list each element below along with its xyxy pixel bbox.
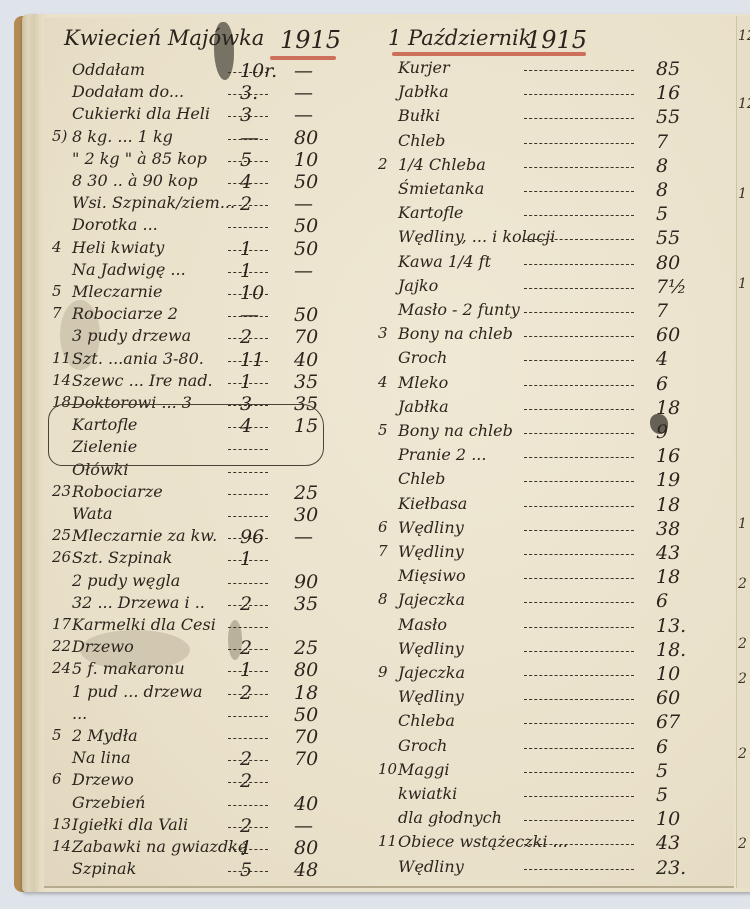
entry-kopecks: — [294, 82, 313, 104]
entry-item: Cukierki dla Heli [72, 104, 210, 123]
entry-rubles: 1 [240, 548, 252, 570]
entry-kopecks: 80 [294, 659, 318, 681]
entry-day: 4 [378, 373, 398, 391]
ledger-entry: Kartofle5 [384, 203, 724, 227]
entry-kopecks: 80 [294, 127, 318, 149]
entry-amount: 10 [656, 808, 680, 830]
leader-dashes [524, 336, 634, 337]
ledger-entry: 7Robociarze 2—50 [58, 304, 388, 328]
leader-dashes [228, 716, 268, 717]
entry-item: Groch [398, 348, 447, 367]
entry-day: 5 [378, 421, 398, 439]
entry-item: 32 ... Drzewa i .. [72, 593, 205, 612]
entry-item: Drzewo [72, 770, 134, 789]
left-heading: Kwiecień Majówka 1915 [58, 22, 388, 56]
ledger-entry: Groch4 [384, 348, 724, 372]
entry-amount: 7 [656, 131, 668, 153]
entry-amount: 13. [656, 615, 686, 637]
leader-dashes [524, 215, 634, 216]
entry-rubles: 5 [240, 149, 252, 171]
entry-item: Na Jadwigę ... [72, 260, 186, 279]
ledger-entry: Na Jadwigę ...1— [58, 260, 388, 284]
entry-kopecks: 80 [294, 837, 318, 859]
leader-dashes [524, 506, 634, 507]
entry-item: Dodałam do... [72, 82, 184, 101]
entry-item: Karmelki dla Cesi [72, 615, 216, 634]
entry-item: Drzewo [72, 637, 134, 656]
ledger-entry: Kiełbasa18 [384, 494, 724, 518]
ledger-entry: 3Bony na chleb60 [384, 324, 724, 348]
entry-rubles: 11 [240, 349, 264, 371]
entry-day: 10 [378, 760, 398, 778]
leader-dashes [524, 143, 634, 144]
ledger-entry: 13Igiełki dla Vali2— [58, 815, 388, 839]
ledger-entry: Śmietanka8 [384, 179, 724, 203]
entry-rubles: 1 [240, 238, 252, 260]
entry-item: ... [72, 704, 87, 723]
leader-dashes [524, 433, 634, 434]
entry-item: Na lina [72, 748, 131, 767]
entry-amount: 8 [656, 155, 668, 177]
next-page-number: 1 [738, 516, 747, 532]
entry-item: Masło [398, 615, 447, 634]
entry-amount: 18 [656, 566, 680, 588]
next-page-number: 12 [738, 96, 750, 112]
entry-item: Mleko [398, 373, 448, 392]
entry-amount: 16 [656, 82, 680, 104]
ledger-entry: dla głodnych10 [384, 808, 724, 832]
leader-dashes [524, 264, 634, 265]
entry-kopecks: 25 [294, 482, 318, 504]
leader-dashes [524, 530, 634, 531]
entry-item: Chleb [398, 131, 445, 150]
ledger-entry: 8 30 .. à 90 kop450 [58, 171, 388, 195]
entry-item: Chleba [398, 711, 455, 730]
entry-item: Szt. ...ania 3-80. [72, 349, 204, 368]
ledger-entry: 17Karmelki dla Cesi [58, 615, 388, 639]
entry-kopecks: 48 [294, 859, 318, 881]
entry-amount: 23. [656, 857, 686, 879]
entry-kopecks: — [294, 260, 313, 282]
ledger-entry: Jajko7½ [384, 276, 724, 300]
leader-dashes [524, 820, 634, 821]
entry-kopecks: 35 [294, 371, 318, 393]
entry-rubles: 1 [240, 260, 252, 282]
leader-dashes [524, 481, 634, 482]
entry-day: 9 [378, 663, 398, 681]
leader-dashes [524, 554, 634, 555]
entry-rubles: 2 [240, 193, 252, 215]
entry-item: Bułki [398, 106, 440, 125]
next-page-number: 12 [738, 28, 750, 44]
entry-kopecks: — [294, 193, 313, 215]
entry-item: Jajko [398, 276, 438, 295]
entry-day: 14 [52, 837, 72, 855]
entry-day: 5 [52, 282, 72, 300]
entry-day: 13 [52, 815, 72, 833]
entry-kopecks: 70 [294, 726, 318, 748]
ledger-entry: 4Mleko6 [384, 373, 724, 397]
entry-item: 1 pud ... drzewa [72, 682, 203, 701]
leader-dashes [524, 748, 634, 749]
entry-amount: 55 [656, 227, 680, 249]
entry-amount: 7 [656, 300, 668, 322]
entry-item: Śmietanka [398, 179, 484, 198]
next-page-edge: 12 12 1 1 1 2 2 2 2 2 [736, 16, 750, 888]
entry-item: Wata [72, 504, 113, 523]
entry-rubles: 1 [240, 837, 252, 859]
entry-amount: 9 [656, 421, 668, 443]
entry-rubles: 1 [240, 371, 252, 393]
leader-dashes [524, 869, 634, 870]
entry-item: Masło - 2 funty [398, 300, 520, 319]
entry-amount: 60 [656, 687, 680, 709]
entry-kopecks: — [294, 815, 313, 837]
leader-dashes [524, 457, 634, 458]
ledger-entry: 14Szewc ... Ire nad.135 [58, 371, 388, 395]
entry-item: Mięsiwo [398, 566, 466, 585]
left-heading-year: 1915 [280, 26, 341, 54]
leader-dashes [524, 239, 634, 240]
right-heading: 1 Październik 1915 [384, 22, 724, 56]
ledger-entry: Wata30 [58, 504, 388, 528]
entry-rubles: 96 [240, 526, 264, 548]
ledger-entry: 52 Mydła70 [58, 726, 388, 750]
entry-rubles: 2 [240, 637, 252, 659]
leader-dashes [524, 602, 634, 603]
entry-item: dla głodnych [398, 808, 502, 827]
ledger-entry: Chleba67 [384, 711, 724, 735]
entry-item: kwiatki [398, 784, 457, 803]
ledger-entry: Pranie 2 ...16 [384, 445, 724, 469]
entry-amount: 18 [656, 397, 680, 419]
entry-day: 25 [52, 526, 72, 544]
entry-item: Oddałam [72, 60, 145, 79]
entry-item: Robociarze 2 [72, 304, 178, 323]
leader-dashes [524, 844, 634, 845]
entry-item: Grzebień [72, 793, 145, 812]
entry-day: 6 [378, 518, 398, 536]
entry-kopecks: 35 [294, 593, 318, 615]
leader-dashes [228, 805, 268, 806]
entry-day: 26 [52, 548, 72, 566]
entry-amount: 43 [656, 832, 680, 854]
entry-item: 2 Mydła [72, 726, 138, 745]
entry-kopecks: 40 [294, 349, 318, 371]
entry-kopecks: 70 [294, 748, 318, 770]
ledger-entry: Dorotka ...50 [58, 215, 388, 239]
entry-item: Szewc ... Ire nad. [72, 371, 213, 390]
ledger-entry: Jabłka18 [384, 397, 724, 421]
entry-rubles: 2 [240, 748, 252, 770]
entry-day: 23 [52, 482, 72, 500]
ledger-entry: Bułki55 [384, 106, 724, 130]
leader-dashes [524, 191, 634, 192]
entry-day: 11 [378, 832, 398, 850]
entry-amount: 18 [656, 494, 680, 516]
entry-rubles: 4 [240, 171, 252, 193]
entry-rubles: 5 [240, 859, 252, 881]
entry-item: Pranie 2 ... [398, 445, 486, 464]
ledger-entry: Masło - 2 funty7 [384, 300, 724, 324]
ledger-entry: Wędliny18. [384, 639, 724, 663]
ledger-entry: " 2 kg " à 85 kop510 [58, 149, 388, 173]
entry-item: Zabawki na gwiazdkę [72, 837, 247, 856]
entry-item: Wędliny [398, 857, 464, 876]
entry-amount: 80 [656, 252, 680, 274]
bracketed-entries-box [48, 404, 324, 466]
entry-rubles: 10r. [240, 60, 277, 82]
entry-item: Kawa 1/4 ft [398, 252, 491, 271]
right-ledger-column: 1 Październik 1915 Kurjer85Jabłka16Bułki… [384, 22, 724, 56]
entry-item: Jajeczka [398, 663, 465, 682]
entry-kopecks: 50 [294, 171, 318, 193]
entry-rubles: 2 [240, 326, 252, 348]
entry-item: Szt. Szpinak [72, 548, 172, 567]
leader-dashes [524, 772, 634, 773]
ledger-entry: ...50 [58, 704, 388, 728]
leader-dashes [524, 94, 634, 95]
entry-item: 8 kg. ... 1 kg [72, 127, 173, 146]
ledger-entry: Wsi. Szpinak/ziem...2— [58, 193, 388, 217]
ledger-entry: Kurjer85 [384, 58, 724, 82]
leader-dashes [228, 227, 268, 228]
entry-item: Maggi [398, 760, 450, 779]
entry-day: 4 [52, 238, 72, 256]
entry-item: 8 30 .. à 90 kop [72, 171, 198, 190]
entry-kopecks: 18 [294, 682, 318, 704]
entry-amount: 8 [656, 179, 668, 201]
ledger-entry: kwiatki5 [384, 784, 724, 808]
leader-dashes [524, 70, 634, 71]
entry-kopecks: 50 [294, 215, 318, 237]
entry-day: 7 [378, 542, 398, 560]
leader-dashes [524, 385, 634, 386]
entry-amount: 60 [656, 324, 680, 346]
leader-dashes [524, 723, 634, 724]
entry-rubles: 3 [240, 104, 252, 126]
ledger-entry: 8Jajeczka6 [384, 590, 724, 614]
entry-amount: 55 [656, 106, 680, 128]
ledger-entry: 11Obiece wstążeczki ...43 [384, 832, 724, 856]
entry-day: 11 [52, 349, 72, 367]
entry-item: Bony na chleb [398, 324, 513, 343]
left-heading-month: Kwiecień Majówka [64, 26, 264, 50]
leader-dashes [524, 796, 634, 797]
leader-dashes [228, 583, 268, 584]
entry-item: 1/4 Chleba [398, 155, 486, 174]
entry-amount: 85 [656, 58, 680, 80]
next-page-number: 2 [738, 671, 747, 687]
entry-item: 5 f. makaronu [72, 659, 185, 678]
ledger-entry: 4Heli kwiaty150 [58, 238, 388, 262]
leader-dashes [524, 118, 634, 119]
entry-amount: 7½ [656, 276, 687, 298]
entry-item: Wędliny [398, 639, 464, 658]
entry-item: Jabłka [398, 397, 449, 416]
entry-kopecks: 25 [294, 637, 318, 659]
ledger-entry: Mięsiwo18 [384, 566, 724, 590]
ledger-entry: 1 pud ... drzewa218 [58, 682, 388, 706]
entry-kopecks: 50 [294, 704, 318, 726]
entry-amount: 6 [656, 590, 668, 612]
leader-dashes [228, 627, 268, 628]
leader-dashes [524, 651, 634, 652]
ledger-entry: Cukierki dla Heli3— [58, 104, 388, 128]
leader-dashes [524, 578, 634, 579]
leader-dashes [228, 494, 268, 495]
entry-item: Kurjer [398, 58, 450, 77]
entry-amount: 4 [656, 348, 668, 370]
entry-item: Igiełki dla Vali [72, 815, 188, 834]
ledger-entry: Wędliny23. [384, 857, 724, 881]
entry-kopecks: 50 [294, 304, 318, 326]
ledger-entry: Wędliny60 [384, 687, 724, 711]
ledger-entry: 245 f. makaronu180 [58, 659, 388, 683]
ledger-entry: 5)8 kg. ... 1 kg—80 [58, 127, 388, 151]
leader-dashes [228, 516, 268, 517]
ledger-entry: Dodałam do...3.— [58, 82, 388, 106]
ledger-entry: Jabłka16 [384, 82, 724, 106]
entry-amount: 18. [656, 639, 686, 661]
heading-underline [392, 52, 586, 56]
right-heading-month: 1 Październik [388, 26, 531, 50]
ledger-entry: Groch6 [384, 736, 724, 760]
entry-item: Obiece wstążeczki ... [398, 832, 568, 851]
entry-amount: 5 [656, 784, 668, 806]
next-page-number: 2 [738, 636, 747, 652]
entry-day: 17 [52, 615, 72, 633]
ledger-entry: 14Zabawki na gwiazdkę180 [58, 837, 388, 861]
entry-item: 3 pudy drzewa [72, 326, 191, 345]
entry-kopecks: 70 [294, 326, 318, 348]
entry-item: Wędliny [398, 687, 464, 706]
next-page-number: 1 [738, 276, 747, 292]
entry-rubles: 1 [240, 659, 252, 681]
entry-kopecks: 40 [294, 793, 318, 815]
entry-kopecks: 50 [294, 238, 318, 260]
next-page-number: 2 [738, 836, 747, 852]
ledger-entry: 11Szt. ...ania 3-80.1140 [58, 349, 388, 373]
entry-item: Heli kwiaty [72, 238, 164, 257]
entry-item: Wędliny [398, 518, 464, 537]
entry-rubles: 10 [240, 282, 264, 304]
entry-item: Robociarze [72, 482, 163, 501]
entry-item: Chleb [398, 469, 445, 488]
ledger-entry: Masło13. [384, 615, 724, 639]
left-ledger-column: Kwiecień Majówka 1915 Oddałam10r.—Dodała… [58, 22, 388, 56]
entry-day: 2 [378, 155, 398, 173]
entry-rubles: 2 [240, 815, 252, 837]
ledger-entry: Wędliny, ... i kolacji55 [384, 227, 724, 251]
entry-day: 8 [378, 590, 398, 608]
ledger-entry: 3 pudy drzewa270 [58, 326, 388, 350]
entry-item: Wędliny, ... i kolacji [398, 227, 555, 246]
entry-item: Dorotka ... [72, 215, 158, 234]
leader-dashes [524, 167, 634, 168]
entry-day: 5) [52, 127, 72, 145]
entry-item: Kartofle [398, 203, 463, 222]
entry-day: 7 [52, 304, 72, 322]
entry-day: 3 [378, 324, 398, 342]
entry-item: Wsi. Szpinak/ziem... [72, 193, 235, 212]
ledger-entry: 21/4 Chleba8 [384, 155, 724, 179]
entry-item: Kiełbasa [398, 494, 467, 513]
entry-item: Bony na chleb [398, 421, 513, 440]
entry-day: 5 [52, 726, 72, 744]
entry-kopecks: 90 [294, 571, 318, 593]
entry-day: 22 [52, 637, 72, 655]
entry-item: " 2 kg " à 85 kop [72, 149, 207, 168]
ledger-entry: 22Drzewo225 [58, 637, 388, 661]
entry-kopecks: 10 [294, 149, 318, 171]
entry-rubles: 3. [240, 82, 258, 104]
ledger-entry: Chleb19 [384, 469, 724, 493]
next-page-number: 2 [738, 576, 747, 592]
entry-day: 24 [52, 659, 72, 677]
entry-amount: 5 [656, 203, 668, 225]
ledger-entry: 7Wędliny43 [384, 542, 724, 566]
ledger-entry: Na lina270 [58, 748, 388, 772]
entry-rubles: 2 [240, 593, 252, 615]
entry-kopecks: 30 [294, 504, 318, 526]
entry-kopecks: — [294, 60, 313, 82]
leader-dashes [524, 627, 634, 628]
next-page-number: 1 [738, 186, 747, 202]
entry-amount: 43 [656, 542, 680, 564]
entry-item: Jajeczka [398, 590, 465, 609]
leader-dashes [524, 288, 634, 289]
entry-amount: 67 [656, 711, 680, 733]
entry-item: Groch [398, 736, 447, 755]
ledger-entry: 32 ... Drzewa i ..235 [58, 593, 388, 617]
entry-item: Wędliny [398, 542, 464, 561]
ledger-entry: Grzebień40 [58, 793, 388, 817]
leader-dashes [524, 360, 634, 361]
entry-rubles: 2 [240, 770, 252, 792]
ledger-entry: Szpinak548 [58, 859, 388, 883]
leader-dashes [228, 472, 268, 473]
ledger-entry: 25Mleczarnie za kw.96— [58, 526, 388, 550]
ledger-entry: 5Mleczarnie10 [58, 282, 388, 306]
ledger-entry: 2 pudy węgla90 [58, 571, 388, 595]
ledger-entry: 6Drzewo2 [58, 770, 388, 794]
entry-rubles: 2 [240, 682, 252, 704]
leader-dashes [524, 675, 634, 676]
entry-amount: 6 [656, 736, 668, 758]
entry-kopecks: — [294, 104, 313, 126]
entry-amount: 38 [656, 518, 680, 540]
entry-rubles: — [240, 127, 259, 149]
entry-amount: 5 [656, 760, 668, 782]
entry-kopecks: — [294, 526, 313, 548]
ledger-entry: 9Jajeczka10 [384, 663, 724, 687]
leader-dashes [524, 409, 634, 410]
ledger-entry: 5Bony na chleb9 [384, 421, 724, 445]
entry-amount: 19 [656, 469, 680, 491]
entry-item: Mleczarnie za kw. [72, 526, 217, 545]
entry-item: Szpinak [72, 859, 136, 878]
entry-rubles: — [240, 304, 259, 326]
entry-day: 14 [52, 371, 72, 389]
ledger-entry: 10Maggi5 [384, 760, 724, 784]
ledger-entry: 23Robociarze25 [58, 482, 388, 506]
next-page-number: 2 [738, 746, 747, 762]
ledger-entry: Oddałam10r.— [58, 60, 388, 84]
ledger-entry: Kawa 1/4 ft80 [384, 252, 724, 276]
right-heading-year: 1915 [526, 26, 587, 54]
ledger-entry: Chleb7 [384, 131, 724, 155]
